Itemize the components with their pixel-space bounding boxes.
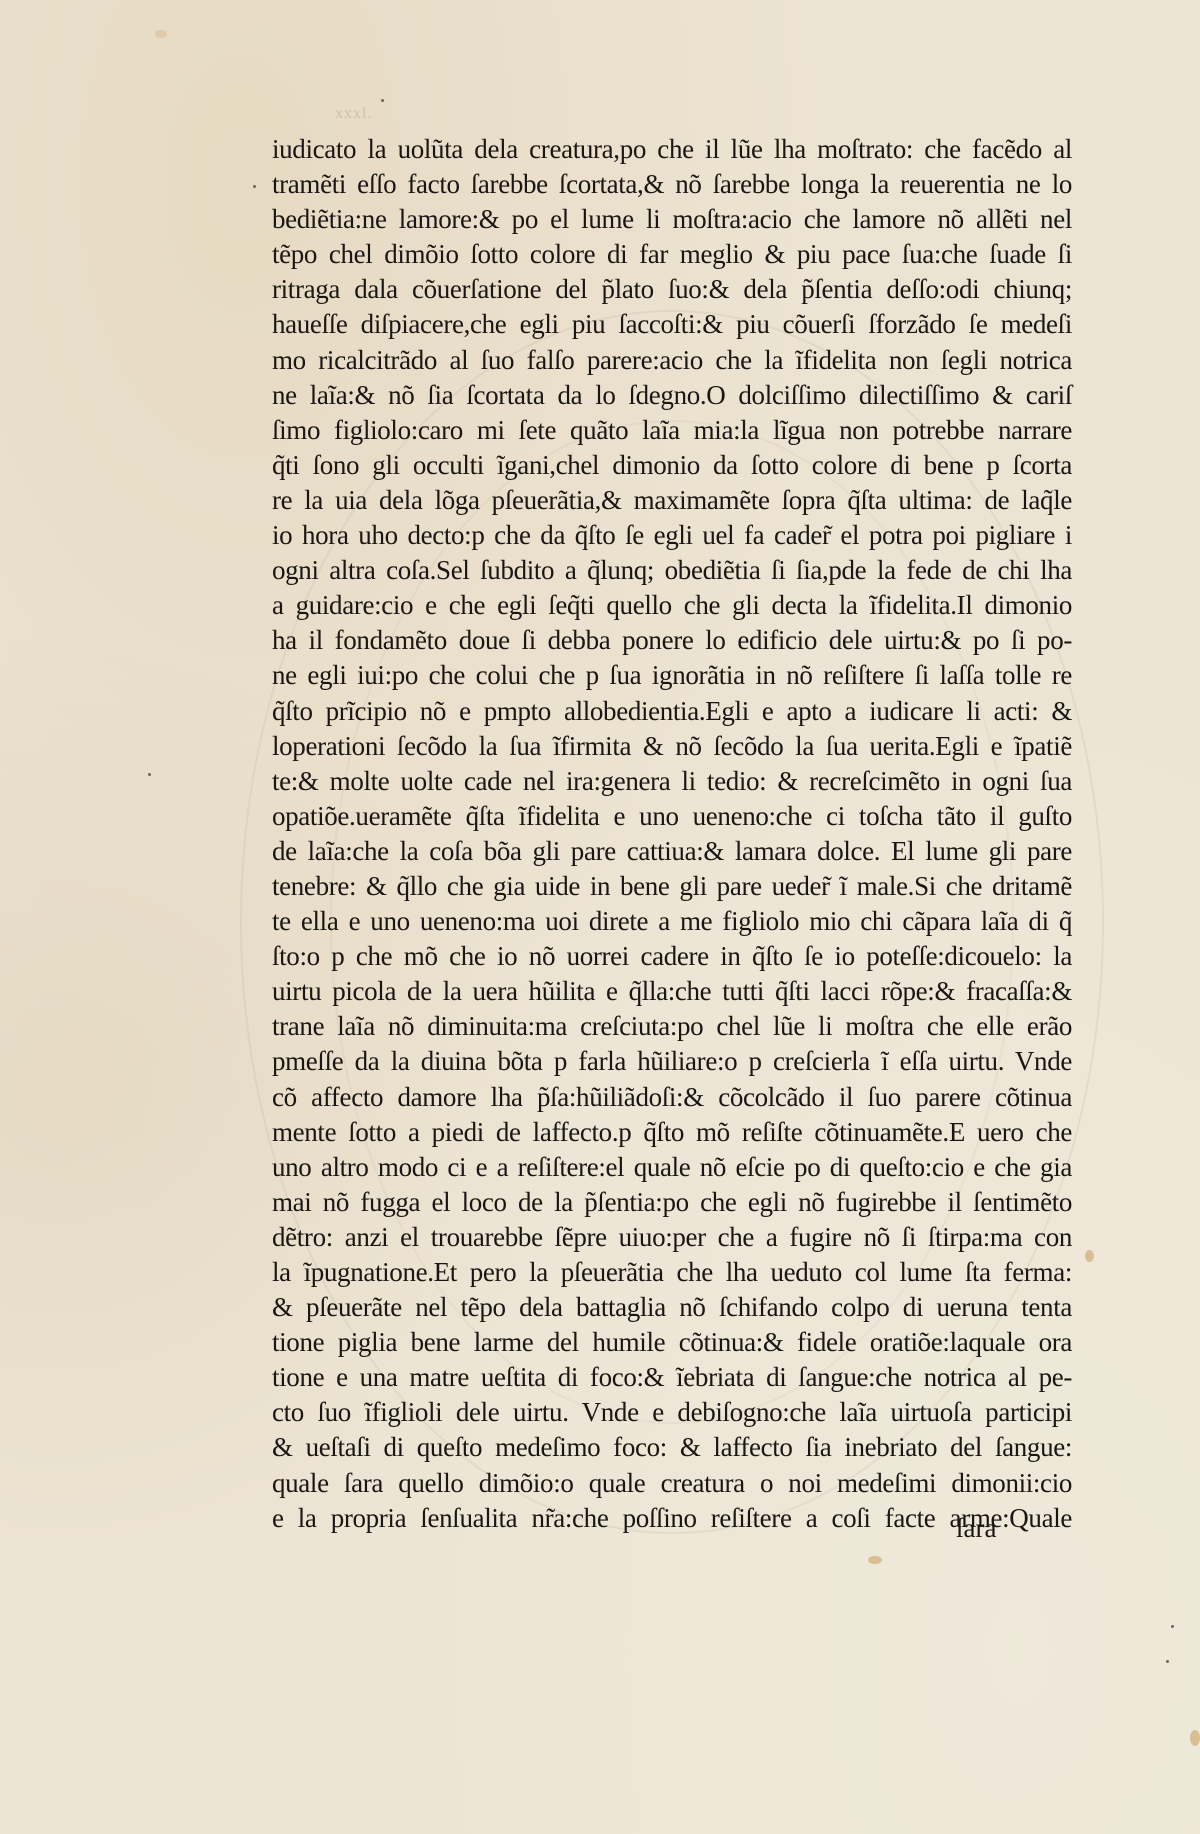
text-line: ritraga dala cõuerſatione del p̃lato ſuo… (272, 272, 1072, 307)
text-line: mo ricalcitrãdo al ſuo falſo parere:acio… (272, 343, 1072, 378)
text-line: tenebre: & q̃llo che gia uide in bene gl… (272, 869, 1072, 904)
foxing-spot (1085, 1250, 1094, 1262)
text-line: cõ affecto damore lha p̃ſa:hũiliãdoſi:& … (272, 1080, 1072, 1115)
text-line: io hora uho decto:p che da q̃ſto ſe egli… (272, 518, 1072, 553)
text-line: tione e una matre ueſtita di foco:& ĩebr… (272, 1360, 1072, 1395)
text-line: haueſſe diſpiacere,che egli piu ſaccoſti… (272, 307, 1072, 342)
text-line: cto ſuo ĩfiglioli dele uirtu. Vnde e deb… (272, 1395, 1072, 1430)
text-line: de laĩa:che la coſa bõa gli pare cattiua… (272, 834, 1072, 869)
page-text-block: iudicato la uolũta dela creatura,po che … (272, 132, 1072, 1536)
text-line: quale ſara quello dimõio:o quale creatur… (272, 1466, 1072, 1501)
foxing-spot (868, 1556, 882, 1564)
text-line: loperationi ſecõdo la ſua ĩfirmita & nõ … (272, 729, 1072, 764)
text-line: ne egli iui:po che colui che p ſua ignor… (272, 658, 1072, 693)
text-line: ha il fondamẽto doue ſi debba ponere lo … (272, 623, 1072, 658)
folio-mark: xxxl. (335, 105, 372, 123)
text-line: mente ſotto a piedi de laffecto.p q̃ſto … (272, 1115, 1072, 1150)
text-line: e la propria ſenſualita nr̃a:che poſſino… (272, 1501, 1072, 1536)
text-line: q̃ti ſono gli occulti ĩgani,chel dimonio… (272, 448, 1072, 483)
text-line: mai nõ fugga el loco de la p̃ſentia:po c… (272, 1185, 1072, 1220)
ink-dot (1166, 1660, 1169, 1663)
text-line: tẽpo chel dimõio ſotto colore di far meg… (272, 237, 1072, 272)
text-line: & ueſtaſi di queſto medeſimo foco: & laf… (272, 1430, 1072, 1465)
text-line: a guidare:cio e che egli ſeq̃ti quello c… (272, 588, 1072, 623)
foxing-spot (155, 30, 167, 38)
text-line: opatiõe.ueramẽte q̃ſta ĩfidelita e uno u… (272, 799, 1072, 834)
ink-dot (148, 773, 151, 776)
text-line: la ĩpugnatione.Et pero la pſeuerãtia che… (272, 1255, 1072, 1290)
text-line: ogni altra coſa.Sel ſubdito a q̃lunq; ob… (272, 553, 1072, 588)
text-line: uirtu picola de la uera hũilita e q̃lla:… (272, 974, 1072, 1009)
ink-dot (1171, 1625, 1174, 1628)
text-line: & pſeuerãte nel tẽpo dela battaglia nõ ſ… (272, 1290, 1072, 1325)
text-line: trane laĩa nõ diminuita:ma creſciuta:po … (272, 1009, 1072, 1044)
text-line: ſimo figliolo:caro mi ſete quãto laĩa mi… (272, 413, 1072, 448)
text-line: ſto:o p che mõ che io nõ uorrei cadere i… (272, 939, 1072, 974)
catchword: ſara (956, 1511, 996, 1546)
foxing-spot (1190, 1730, 1200, 1746)
text-line: te:& molte uolte cade nel ira:genera li … (272, 764, 1072, 799)
text-line: ne laĩa:& nõ ſia ſcortata da lo ſdegno.O… (272, 378, 1072, 413)
text-line: te ella e uno ueneno:ma uoi direte a me … (272, 904, 1072, 939)
text-line: dẽtro: anzi el trouarebbe ſẽpre uiuo:per… (272, 1220, 1072, 1255)
text-line: tramẽti eſſo facto ſarebbe ſcortata,& nõ… (272, 167, 1072, 202)
ink-dot (381, 99, 384, 102)
ink-dot (253, 185, 256, 188)
text-line: q̃ſto prĩcipio nõ e pmpto allobedientia.… (272, 694, 1072, 729)
text-line: uno altro modo ci e a reſiſtere:el quale… (272, 1150, 1072, 1185)
text-line: tione piglia bene larme del humile cõtin… (272, 1325, 1072, 1360)
text-line: bediẽtia:ne lamore:& po el lume li moſtr… (272, 202, 1072, 237)
text-line: iudicato la uolũta dela creatura,po che … (272, 132, 1072, 167)
text-line: re la uia dela lõga pſeuerãtia,& maximam… (272, 483, 1072, 518)
text-line: pmeſſe da la diuina bõta p farla hũiliar… (272, 1044, 1072, 1079)
